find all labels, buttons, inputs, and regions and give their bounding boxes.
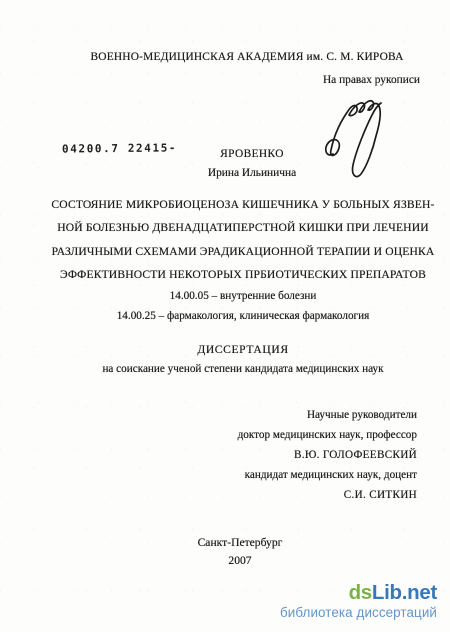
- specialty-code: 14.00.05 – внутренние болезни: [36, 287, 450, 307]
- publication-city: Санкт-Петербург: [30, 536, 450, 549]
- title-line: ЭФФЕКТИВНОСТИ НЕКОТОРЫХ ПРБИОТИЧЕСКИХ ПР…: [36, 263, 450, 286]
- dslib-watermark-link[interactable]: dsLib.net библиотека диссертаций: [280, 583, 437, 619]
- dslib-tagline: библиотека диссертаций: [280, 606, 437, 619]
- specialty-codes: 14.00.05 – внутренние болезни 14.00.25 –…: [36, 287, 450, 326]
- author-surname: ЯРОВЕНКО: [54, 145, 450, 164]
- dslib-logo[interactable]: dsLib.net: [280, 583, 437, 604]
- dslib-logo-suffix: Lib.net: [372, 581, 437, 604]
- supervisor-degree: доктор медицинских наук, профессор: [238, 425, 417, 445]
- supervisor-name: В.Ю. ГОЛОФЕЕВСКИЙ: [238, 445, 417, 465]
- author-block: ЯРОВЕНКО Ирина Ильинична: [54, 145, 450, 183]
- manuscript-rights-note: На правах рукописи: [323, 74, 420, 86]
- dslib-logo-prefix: ds: [349, 581, 372, 604]
- author-name-patronymic: Ирина Ильинична: [54, 164, 450, 183]
- supervisors-heading: Научные руководители: [238, 405, 417, 425]
- title-line: РАЗЛИЧНЫМИ СХЕМАМИ ЭРАДИКАЦИОННОЙ ТЕРАПИ…: [36, 240, 450, 263]
- specialty-code: 14.00.25 – фармакология, клиническая фар…: [36, 307, 450, 327]
- supervisors-block: Научные руководители доктор медицинских …: [238, 405, 417, 505]
- institution-header: ВОЕННО-МЕДИЦИНСКАЯ АКАДЕМИЯ им. С. М. КИ…: [44, 51, 450, 63]
- dissertation-title-page: ВОЕННО-МЕДИЦИНСКАЯ АКАДЕМИЯ им. С. М. КИ…: [0, 0, 450, 632]
- degree-sought-line: на соискание ученой степени кандидата ме…: [36, 363, 450, 375]
- title-line: СОСТОЯНИЕ МИКРОБИОЦЕНОЗА КИШЕЧНИКА У БОЛ…: [36, 193, 450, 216]
- publication-year: 2007: [30, 554, 450, 567]
- dissertation-title: СОСТОЯНИЕ МИКРОБИОЦЕНОЗА КИШЕЧНИКА У БОЛ…: [36, 193, 450, 287]
- supervisor-degree: кандидат медицинских наук, доцент: [238, 465, 417, 485]
- supervisor-name: С.И. СИТКИН: [238, 485, 417, 505]
- title-line: НОЙ БОЛЕЗНЬЮ ДВЕНАДЦАТИПЕРСТНОЙ КИШКИ ПР…: [36, 216, 450, 239]
- document-type-label: ДИССЕРТАЦИЯ: [36, 343, 450, 356]
